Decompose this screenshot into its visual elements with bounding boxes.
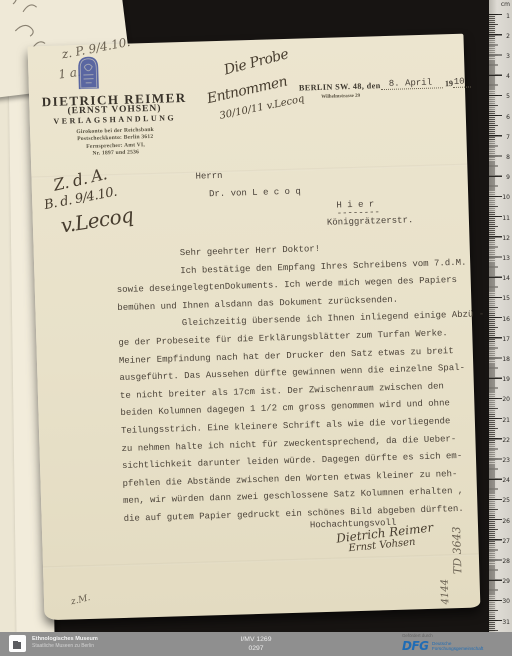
pencil-note-bottom: z.M.	[70, 593, 91, 607]
dfg-full-name: Deutsche Forschungsgemeinschaft	[432, 641, 483, 652]
ruler-label: 8	[506, 154, 510, 161]
ruler-label: 26	[502, 518, 510, 525]
ruler-cm-ticks	[489, 14, 502, 634]
letter-page: z. P. 9/4.10. 1 a. DIETRICH REIMER (ERNS…	[28, 34, 481, 621]
recipient-street: Königgrätzerstr.	[327, 215, 414, 228]
ruler-label: 1	[506, 13, 510, 20]
ruler-label: 15	[502, 295, 510, 302]
ruler-label: 28	[502, 558, 510, 565]
printed-place-line: BERLIN SW. 48, den	[299, 81, 381, 92]
ruler-label: 31	[502, 619, 510, 626]
ruler-label: 19	[502, 376, 510, 383]
ruler-label: 9	[506, 174, 510, 181]
footer-bar: Ethnologisches Museum Staatliche Museen …	[0, 632, 512, 656]
ruler-label: 11	[502, 215, 510, 222]
ruler-label: 5	[506, 93, 510, 100]
printed-year-prefix: 19	[445, 79, 453, 88]
cm-ruler: cm 1234567891011121314151617181920212223…	[489, 0, 512, 634]
ruler-label: 2	[506, 33, 510, 40]
ruler-label: 24	[502, 477, 510, 484]
ruler-unit-label: cm	[501, 1, 510, 8]
ruler-label: 7	[506, 134, 510, 141]
recipient-salutation: Herrn	[195, 171, 222, 182]
ruler-label: 29	[502, 578, 510, 585]
printed-street-line: Wilhelmstrasse 29	[321, 94, 360, 100]
ruler-label: 20	[502, 396, 510, 403]
ruler-label: 14	[502, 275, 510, 282]
vertical-archive-number-2: 4144	[440, 579, 452, 605]
letter-body: Sehr geehrter Herr Doktor!Ich bestätige …	[34, 237, 478, 531]
ruler-label: 27	[502, 538, 510, 545]
ruler-label: 10	[502, 194, 510, 201]
ruler-label: 16	[502, 316, 510, 323]
date-rule	[381, 86, 443, 90]
ruler-label: 6	[506, 114, 510, 121]
ruler-label: 21	[502, 417, 510, 424]
scan-canvas: z. P. 9/4.10. 1 a. DIETRICH REIMER (ERNS…	[0, 0, 512, 656]
year-rule	[453, 85, 471, 88]
ruler-label: 3	[506, 53, 510, 60]
publisher-emblem-stamp	[76, 54, 101, 91]
fold-crease	[43, 553, 479, 568]
ruler-label: 12	[502, 235, 510, 242]
ruler-label: 30	[502, 598, 510, 605]
dfg-name-line-2: Forschungsgemeinschaft	[432, 646, 483, 651]
vertical-archive-number: TD 3643	[450, 526, 464, 574]
ruler-label: 17	[502, 336, 510, 343]
ruler-label: 13	[502, 255, 510, 262]
ruler-label: 25	[502, 497, 510, 504]
ruler-label: 23	[502, 457, 510, 464]
funded-by-label: Gefördert durch	[402, 633, 433, 638]
ruler-label: 4	[506, 73, 510, 80]
dfg-logo: DFG	[402, 639, 429, 653]
recipient-name: Dr. von L e c o q	[209, 187, 301, 200]
ruler-label: 22	[502, 437, 510, 444]
ruler-label: 18	[502, 356, 510, 363]
